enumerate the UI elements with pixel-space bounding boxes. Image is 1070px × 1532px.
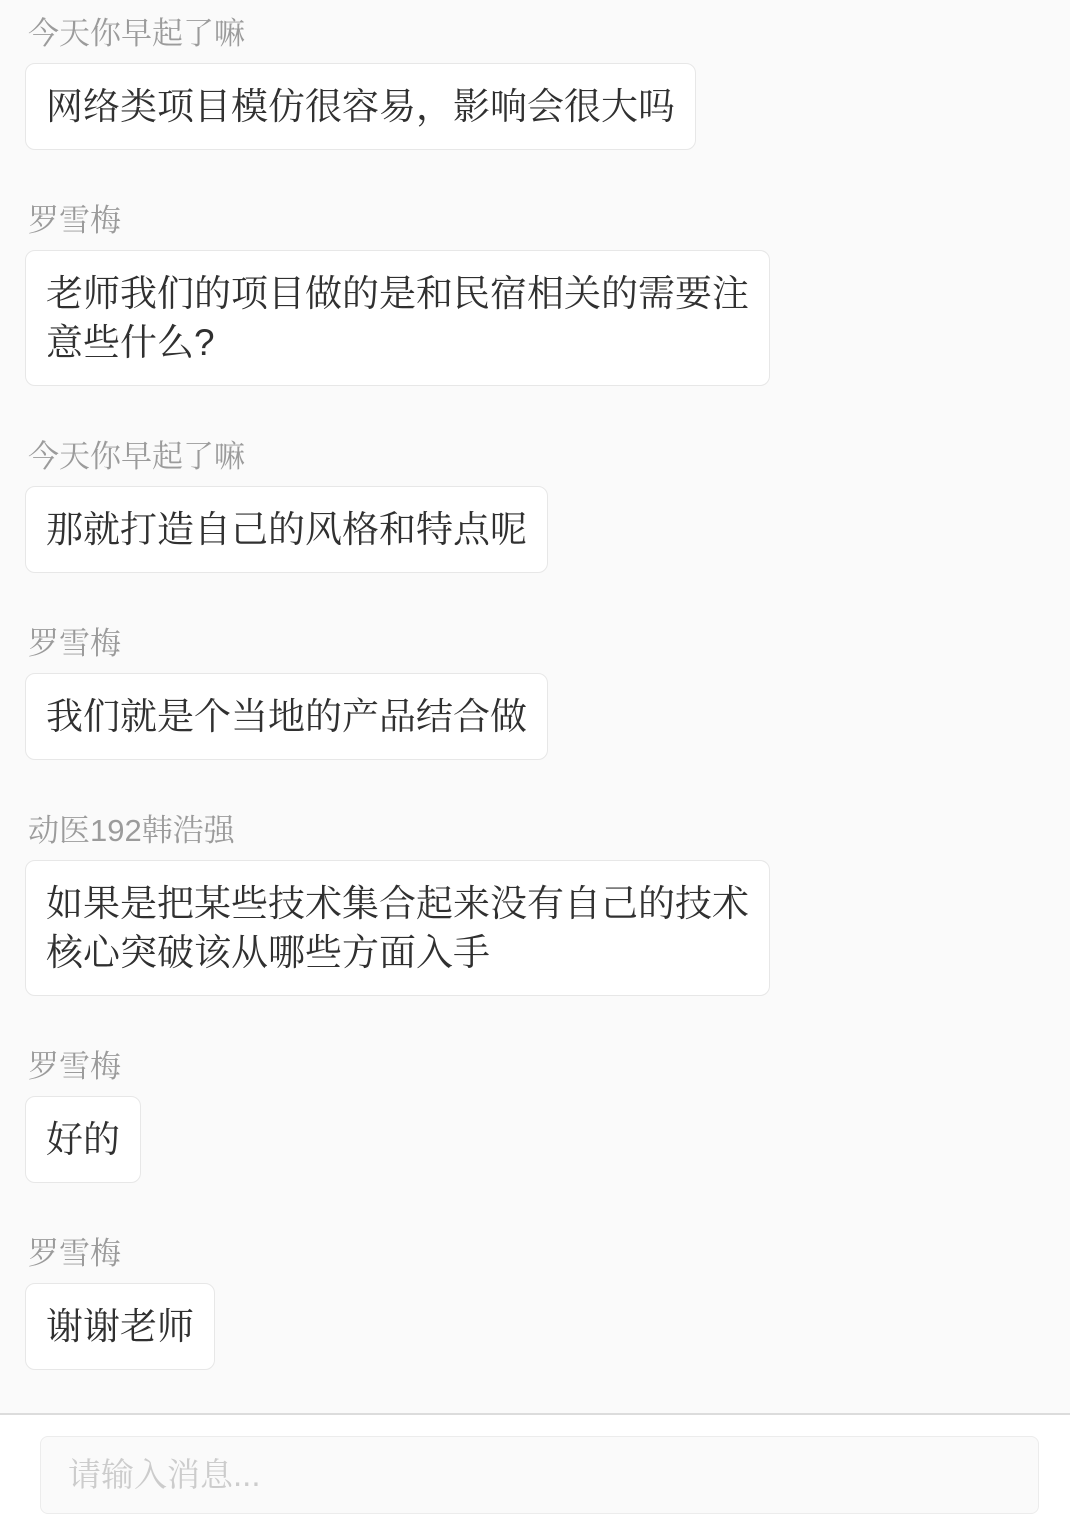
sender-name: 罗雪梅 bbox=[28, 626, 1045, 662]
message-bubble: 那就打造自己的风格和特点呢 bbox=[25, 486, 548, 573]
message-item: 罗雪梅 谢谢老师 bbox=[25, 1236, 1045, 1370]
message-list[interactable]: 今天你早起了嘛 网络类项目模仿很容易，影响会很大吗 罗雪梅 老师我们的项目做的是… bbox=[0, 0, 1070, 1413]
sender-name: 今天你早起了嘛 bbox=[28, 16, 1045, 52]
message-bubble: 我们就是个当地的产品结合做 bbox=[25, 673, 548, 760]
message-item: 今天你早起了嘛 那就打造自己的风格和特点呢 bbox=[25, 439, 1045, 573]
message-item: 罗雪梅 好的 bbox=[25, 1049, 1045, 1183]
message-item: 罗雪梅 我们就是个当地的产品结合做 bbox=[25, 626, 1045, 760]
message-item: 今天你早起了嘛 网络类项目模仿很容易，影响会很大吗 bbox=[25, 16, 1045, 150]
message-item: 罗雪梅 老师我们的项目做的是和民宿相关的需要注意些什么? bbox=[25, 203, 1045, 386]
composer-bar bbox=[0, 1413, 1070, 1532]
message-input[interactable] bbox=[40, 1436, 1039, 1514]
message-bubble: 如果是把某些技术集合起来没有自己的技术核心突破该从哪些方面入手 bbox=[25, 860, 770, 996]
sender-name: 罗雪梅 bbox=[28, 1236, 1045, 1272]
sender-name: 今天你早起了嘛 bbox=[28, 439, 1045, 475]
message-bubble: 网络类项目模仿很容易，影响会很大吗 bbox=[25, 63, 696, 150]
message-bubble: 老师我们的项目做的是和民宿相关的需要注意些什么? bbox=[25, 250, 770, 386]
message-bubble: 好的 bbox=[25, 1096, 141, 1183]
sender-name: 罗雪梅 bbox=[28, 1049, 1045, 1085]
sender-name: 动医192韩浩强 bbox=[28, 813, 1045, 849]
sender-name: 罗雪梅 bbox=[28, 203, 1045, 239]
message-bubble: 谢谢老师 bbox=[25, 1283, 215, 1370]
chat-screen: 今天你早起了嘛 网络类项目模仿很容易，影响会很大吗 罗雪梅 老师我们的项目做的是… bbox=[0, 0, 1070, 1532]
message-item: 动医192韩浩强 如果是把某些技术集合起来没有自己的技术核心突破该从哪些方面入手 bbox=[25, 813, 1045, 996]
